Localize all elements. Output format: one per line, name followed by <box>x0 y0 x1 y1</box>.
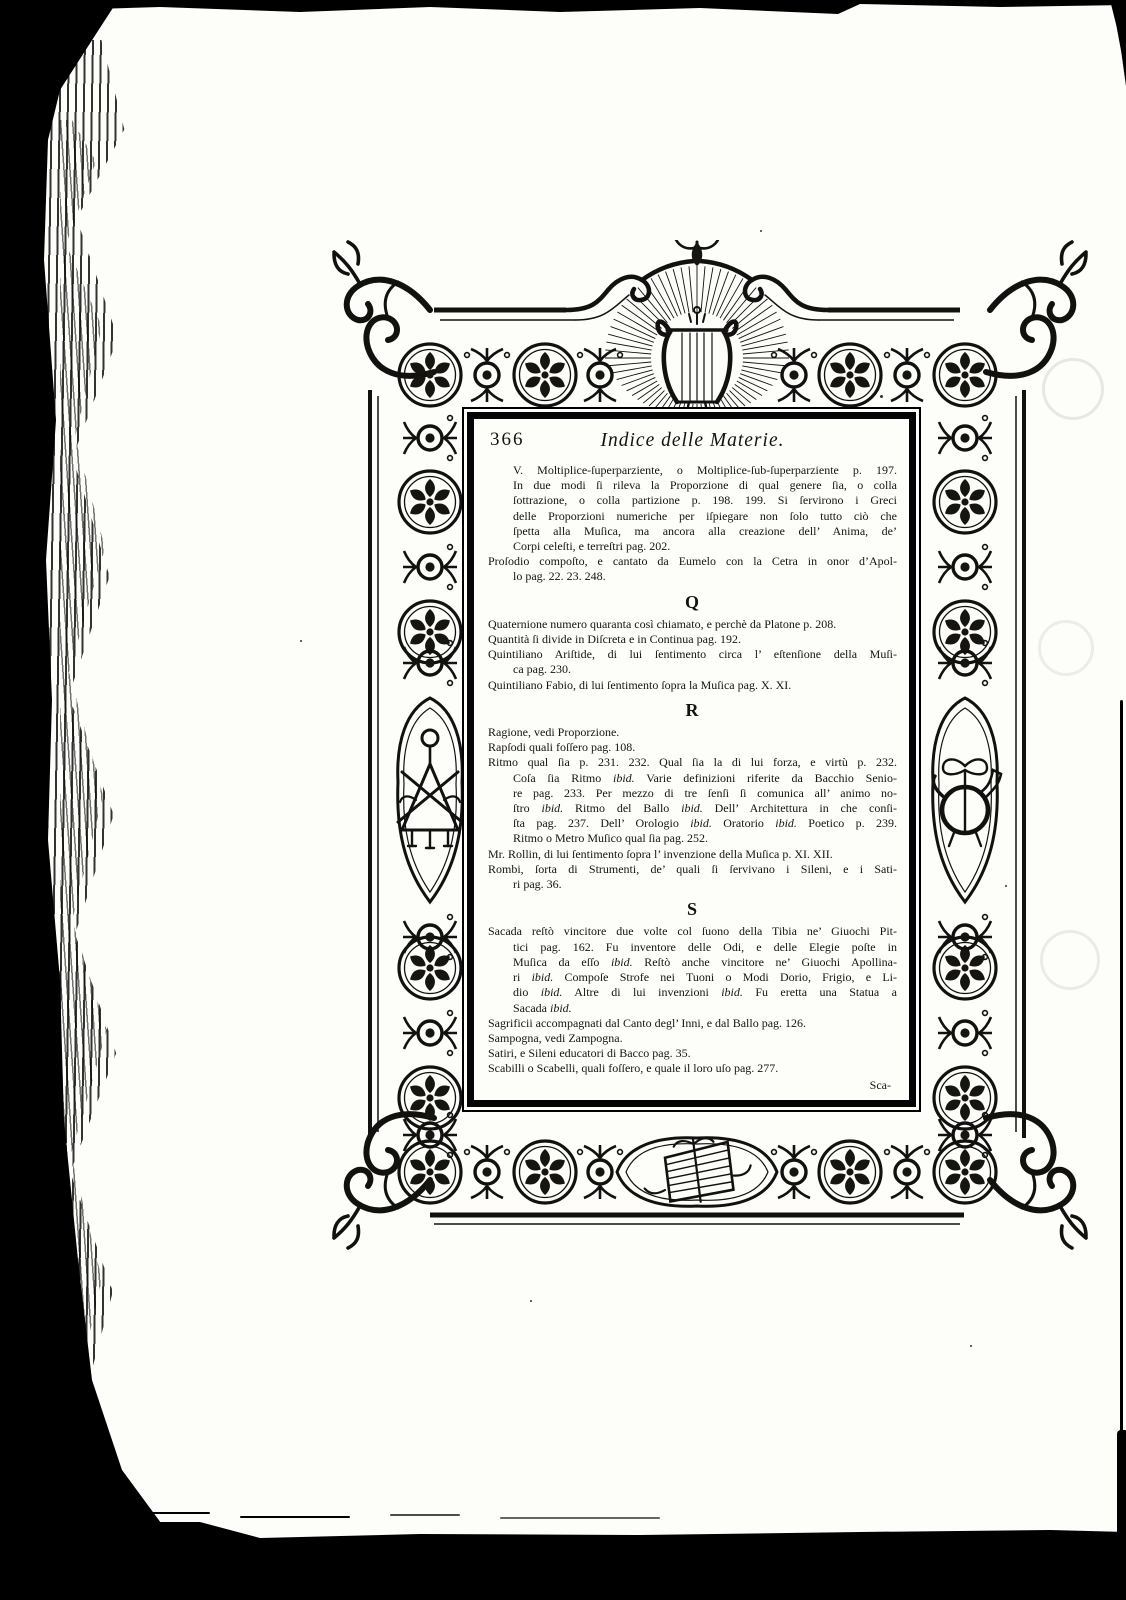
index-entry-line: Muſica da eſſo ibid. Reſtò anche vincito… <box>488 955 897 970</box>
index-entry-line: lo pag. 22. 23. 248. <box>488 569 897 584</box>
running-title: Indice delle Materie. <box>488 429 897 452</box>
tulip-link-icon <box>938 545 992 590</box>
scan-scratch <box>500 1517 660 1519</box>
index-entry-line: Quintiliano Fabio, di lui ſentimento ſop… <box>488 678 897 693</box>
index-entry-line: Sacada reſtò vincitore due volte col ſuo… <box>488 924 897 939</box>
corner-scroll-icon <box>334 242 434 376</box>
index-entry-line: ca pag. 230. <box>488 662 897 677</box>
index-entry-line: Corpi celeſti, e terreſtri pag. 202. <box>488 539 897 554</box>
index-entry-line: Ritmo qual ſia p. 231. 232. Qual ſia la … <box>488 755 897 770</box>
index-entry-line: Ritmo o Metro Muſico qual ſia pag. 252. <box>488 831 897 846</box>
index-entry-line: Ragione, vedi Proporzione. <box>488 725 897 740</box>
index-entry-line: ſtro ibid. Ritmo del Ballo ibid. Dell’ A… <box>488 801 897 816</box>
index-entry-line: Scabilli o Scabelli, quali foſſero, e qu… <box>488 1061 897 1076</box>
pan-pipes-icon <box>617 1132 777 1209</box>
page-header: 366 Indice delle Materie. <box>488 429 897 459</box>
index-entry-line: ſpetta alla Muſica, ma ancora alla creaz… <box>488 524 897 539</box>
section-heading: Q <box>488 595 897 610</box>
scan-right-edge <box>1120 700 1123 1530</box>
tulip-link-icon <box>578 348 623 402</box>
index-body: V. Moltiplice-ſuperparziente, o Moltipli… <box>488 463 897 1077</box>
index-entry-line: tici pag. 162. Fu inventore delle Odi, e… <box>488 940 897 955</box>
index-entry-line: Mr. Rollin, di lui ſentimento ſopra l’ i… <box>488 847 897 862</box>
trophy-of-instruments-icon <box>398 698 463 902</box>
tulip-link-icon <box>403 416 457 461</box>
index-entry-line: re pag. 233. Per mezzo di tre ſenſi ſi c… <box>488 786 897 801</box>
tulip-link-icon <box>885 1145 930 1199</box>
section-heading: S <box>488 902 897 917</box>
index-entry-line: In due modi ſi rileva la Proporzione di … <box>488 478 897 493</box>
tulip-link-icon <box>938 416 992 461</box>
index-entry-line: Sampogna, vedi Zampogna. <box>488 1031 897 1046</box>
tulip-link-icon <box>885 348 930 402</box>
index-entry-line: Proſodio compoſto, e cantato da Eumelo c… <box>488 554 897 569</box>
scan-scratch <box>150 1512 210 1514</box>
index-entry-line: V. Moltiplice-ſuperparziente, o Moltipli… <box>488 463 897 478</box>
corner-scroll-icon <box>986 1114 1086 1248</box>
index-entry-line: Quintiliano Ariſtide, di lui ſentimento … <box>488 647 897 662</box>
corner-scroll-icon <box>986 242 1086 376</box>
rosette-icon <box>514 344 576 406</box>
page-number: 366 <box>490 429 525 451</box>
rosette-icon <box>399 471 461 533</box>
index-entry-line: Rapſodi quali foſſero pag. 108. <box>488 740 897 755</box>
scan-bottom-edge <box>0 1522 1126 1600</box>
index-entry-line: Coſa ſia Ritmo ibid. Varie definizioni r… <box>488 771 897 786</box>
scan-right-edge <box>1117 1430 1126 1540</box>
tulip-link-icon <box>938 1011 992 1056</box>
tulip-link-icon <box>403 1011 457 1056</box>
scan-top-right-edge <box>1110 0 1126 86</box>
rosette-icon <box>934 471 996 533</box>
tulip-link-icon <box>465 348 510 402</box>
scan-top-edge <box>0 0 1126 18</box>
index-text-panel: 366 Indice delle Materie. V. Moltiplice-… <box>462 407 921 1112</box>
rosette-icon <box>934 1067 996 1129</box>
index-entry-line: ſta pag. 237. Dell’ Orologio ibid. Orato… <box>488 816 897 831</box>
tulip-link-icon <box>403 545 457 590</box>
index-entry-line: Sagrificii accompagnati dal Canto degl’ … <box>488 1016 897 1031</box>
index-entry-line: ri ibid. Compoſe Strofe nei Tuoni o Modi… <box>488 970 897 985</box>
index-entry-line: Quaternione numero quaranta così chiamat… <box>488 617 897 632</box>
rosette-icon <box>819 344 881 406</box>
rosette-icon <box>399 1141 461 1203</box>
index-entry-line: dio ibid. Altre di lui invenzioni ibid. … <box>488 985 897 1000</box>
index-entry-line: Rombi, ſorta di Strumenti, de’ quali ſi … <box>488 862 897 877</box>
catchword: Sca- <box>488 1078 897 1093</box>
hunting-horn-icon <box>933 698 1001 902</box>
section-heading: R <box>488 703 897 718</box>
rosette-icon <box>399 1067 461 1129</box>
index-entry-line: Quantità ſi divide in Diſcreta e in Cont… <box>488 632 897 647</box>
rosette-icon <box>934 1141 996 1203</box>
tulip-link-icon <box>465 1145 510 1199</box>
index-entry-line: delle Proporzioni numeriche per iſpiegar… <box>488 509 897 524</box>
scan-scratch <box>390 1514 460 1516</box>
rosette-icon <box>819 1141 881 1203</box>
scanned-book-page: { "page": { "number": "366", "running_ti… <box>0 0 1126 1600</box>
rosette-icon <box>514 1141 576 1203</box>
index-text-inner: 366 Indice delle Materie. V. Moltiplice-… <box>467 412 916 1107</box>
tulip-link-icon <box>772 348 817 402</box>
scan-scratch <box>240 1516 350 1518</box>
index-entry-line: ſottrazione, o colla partizione p. 198. … <box>488 493 897 508</box>
index-entry-line: Sacada ibid. <box>488 1001 897 1016</box>
index-entry-line: Satiri, e Sileni educatori di Bacco pag.… <box>488 1046 897 1061</box>
index-entry-line: ri pag. 36. <box>488 877 897 892</box>
